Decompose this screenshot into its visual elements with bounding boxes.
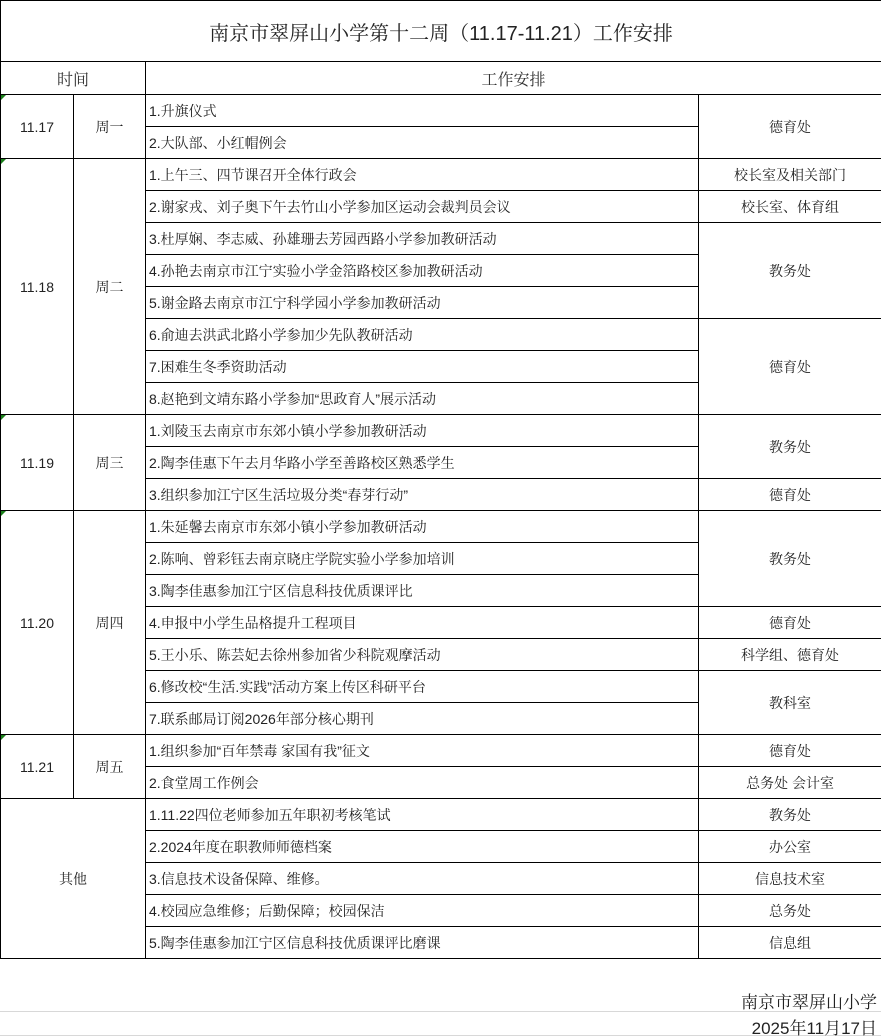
task-cell[interactable]: 2.陈响、曾彩钰去南京晓庄学院实验小学参加培训 (146, 543, 699, 575)
weekday-cell[interactable]: 周一 (74, 95, 146, 159)
weekday-cell[interactable]: 周四 (74, 511, 146, 735)
task-cell[interactable]: 5.陶李佳惠参加江宁区信息科技优质课评比磨课 (146, 927, 699, 959)
dept-cell[interactable]: 信息组 (699, 927, 881, 959)
dept-cell[interactable]: 科学组、德育处 (699, 639, 881, 671)
date-cell[interactable]: 11.19 (1, 415, 74, 511)
other-label-cell[interactable]: 其他 (1, 799, 146, 959)
date-cell[interactable]: 11.18 (1, 159, 74, 415)
task-cell[interactable]: 1.升旗仪式 (146, 95, 699, 127)
task-cell[interactable]: 2.大队部、小红帽例会 (146, 127, 699, 159)
dept-cell[interactable]: 总务处 会计室 (699, 767, 881, 799)
schedule-sheet: 南京市翠屏山小学第十二周（11.17-11.21）工作安排 时间 工作安排 11… (0, 0, 881, 959)
task-cell[interactable]: 5.谢金路去南京市江宁科学园小学参加教研活动 (146, 287, 699, 319)
task-cell[interactable]: 1.11.22四位老师参加五年职初考核笔试 (146, 799, 699, 831)
dept-cell[interactable]: 总务处 (699, 895, 881, 927)
date-cell[interactable]: 11.20 (1, 511, 74, 735)
task-cell[interactable]: 2.陶李佳惠下午去月华路小学至善路校区熟悉学生 (146, 447, 699, 479)
task-cell[interactable]: 1.朱延馨去南京市东郊小镇小学参加教研活动 (146, 511, 699, 543)
header-time: 时间 (1, 62, 146, 95)
task-cell[interactable]: 6.修改校“生活.实践”活动方案上传区科研平台 (146, 671, 699, 703)
page-title: 南京市翠屏山小学第十二周（11.17-11.21）工作安排 (1, 1, 881, 62)
task-cell[interactable]: 2.谢家戎、刘子奥下午去竹山小学参加区运动会裁判员会议 (146, 191, 699, 223)
task-cell[interactable]: 3.组织参加江宁区生活垃圾分类“春芽行动” (146, 479, 699, 511)
header-arrangement: 工作安排 (146, 62, 881, 95)
dept-cell[interactable]: 教务处 (699, 511, 881, 607)
dept-cell[interactable]: 德育处 (699, 607, 881, 639)
dept-cell[interactable]: 德育处 (699, 95, 881, 159)
task-cell[interactable]: 4.孙艳去南京市江宁实验小学金箔路校区参加教研活动 (146, 255, 699, 287)
task-cell[interactable]: 3.陶李佳惠参加江宁区信息科技优质课评比 (146, 575, 699, 607)
dept-cell[interactable]: 德育处 (699, 479, 881, 511)
dept-cell[interactable]: 教务处 (699, 799, 881, 831)
task-cell[interactable]: 3.杜厚娴、李志威、孙雄珊去芳园西路小学参加教研活动 (146, 223, 699, 255)
footer-date: 2025年11月17日 (752, 1014, 877, 1036)
task-cell[interactable]: 4.校园应急维修；后勤保障；校园保洁 (146, 895, 699, 927)
date-cell[interactable]: 11.21 (1, 735, 74, 799)
dept-cell[interactable]: 教务处 (699, 223, 881, 319)
task-cell[interactable]: 3.信息技术设备保障、维修。 (146, 863, 699, 895)
weekday-cell[interactable]: 周二 (74, 159, 146, 415)
task-cell[interactable]: 5.王小乐、陈芸妃去徐州参加省少科院观摩活动 (146, 639, 699, 671)
date-cell[interactable]: 11.17 (1, 95, 74, 159)
task-cell[interactable]: 7.联系邮局订阅2026年部分核心期刊 (146, 703, 699, 735)
dept-cell[interactable]: 教务处 (699, 415, 881, 479)
weekday-cell[interactable]: 周三 (74, 415, 146, 511)
dept-cell[interactable]: 信息技术室 (699, 863, 881, 895)
task-cell[interactable]: 1.组织参加“百年禁毒 家国有我”征文 (146, 735, 699, 767)
weekday-cell[interactable]: 周五 (74, 735, 146, 799)
task-cell[interactable]: 2.2024年度在职教师师德档案 (146, 831, 699, 863)
dept-cell[interactable]: 德育处 (699, 319, 881, 415)
dept-cell[interactable]: 办公室 (699, 831, 881, 863)
task-cell[interactable]: 8.赵艳到文靖东路小学参加“思政育人”展示活动 (146, 383, 699, 415)
task-cell[interactable]: 4.申报中小学生品格提升工程项目 (146, 607, 699, 639)
schedule-table: 南京市翠屏山小学第十二周（11.17-11.21）工作安排 时间 工作安排 11… (0, 0, 881, 959)
task-cell[interactable]: 1.刘陵玉去南京市东郊小镇小学参加教研活动 (146, 415, 699, 447)
dept-cell[interactable]: 教科室 (699, 671, 881, 735)
task-cell[interactable]: 2.食堂周工作例会 (146, 767, 699, 799)
dept-cell[interactable]: 德育处 (699, 735, 881, 767)
task-cell[interactable]: 7.困难生冬季资助活动 (146, 351, 699, 383)
task-cell[interactable]: 1.上午三、四节课召开全体行政会 (146, 159, 699, 191)
footer-school: 南京市翠屏山小学 (741, 988, 877, 1013)
task-cell[interactable]: 6.俞迪去洪武北路小学参加少先队教研活动 (146, 319, 699, 351)
dept-cell[interactable]: 校长室及相关部门 (699, 159, 881, 191)
dept-cell[interactable]: 校长室、体育组 (699, 191, 881, 223)
